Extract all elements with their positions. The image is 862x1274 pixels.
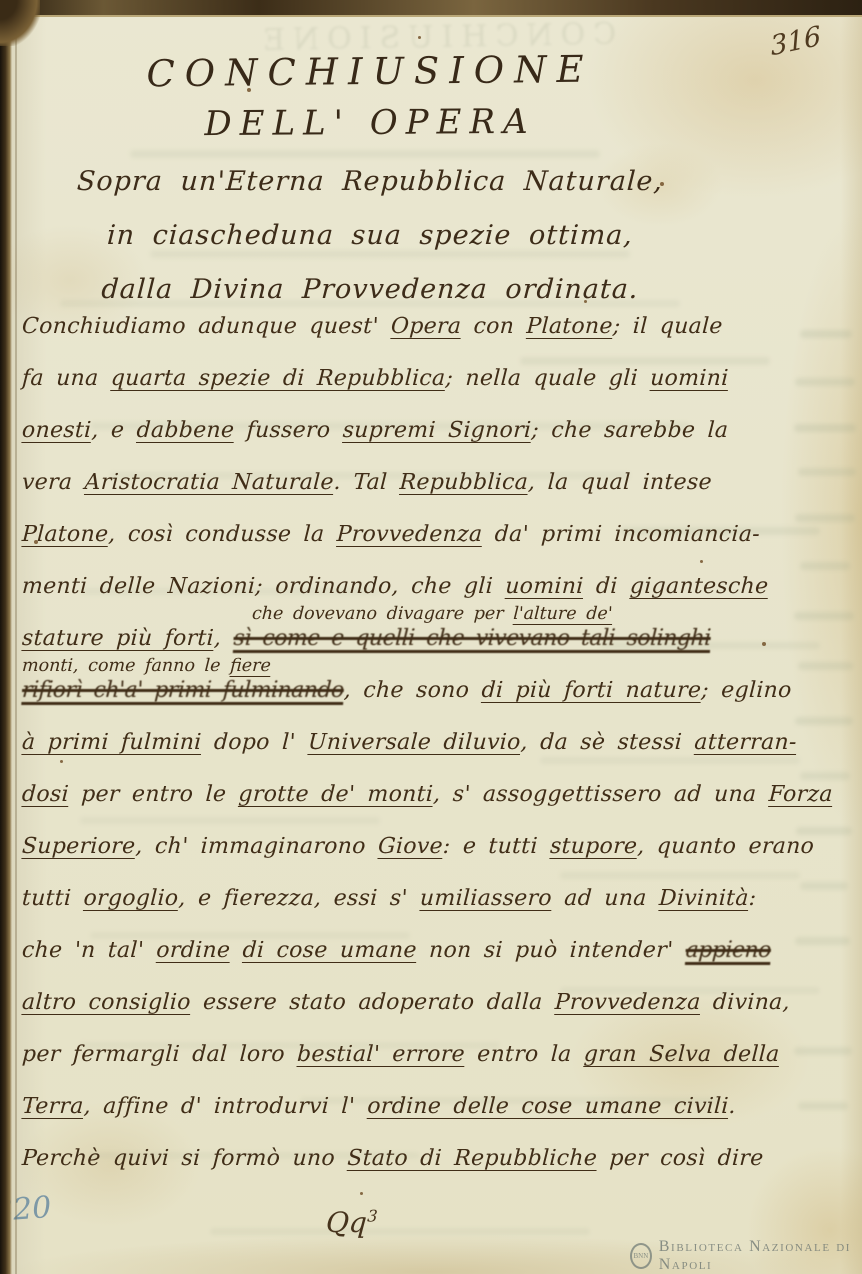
manuscript-line: monti, come fanno le fiererifiorì ch'a' … — [22, 676, 772, 728]
catchword-superscript: 3 — [367, 1207, 379, 1226]
manuscript-line-text: onesti, e dabbene fussero supremi Signor… — [21, 416, 773, 446]
plain-text: Conchiudiamo adunque quest' — [21, 314, 391, 339]
subtitle-line-1: Sopra un'Eterna Repubblica Naturale, — [59, 166, 681, 197]
underlined-text: quarta spezie di Repubblica — [110, 366, 446, 391]
plain-text: ad una — [551, 886, 659, 911]
ink-speck — [584, 300, 587, 303]
cancelled-text: sì come e quelli che vivevano tali solin… — [233, 626, 711, 651]
underlined-text: Universale diluvio — [307, 730, 521, 755]
plain-text: essere stato adoperato dalla — [190, 990, 555, 1015]
subtitle-line-2: in ciascheduna sua spezie ottima, — [59, 220, 681, 251]
cancelled-text: appieno — [685, 938, 772, 963]
underlined-text: uomini — [505, 574, 585, 599]
plain-text: , così condusse la — [108, 522, 338, 547]
plain-text: monti, come fanno le — [21, 656, 230, 676]
plain-text: , e fierezza, essi s' — [178, 886, 421, 911]
manuscript-line-text: à primi fulmini dopo l' Universale diluv… — [21, 728, 773, 758]
plain-text: , affine d' introdurvi l' — [83, 1094, 368, 1119]
underlined-text: à primi fulmini — [21, 730, 202, 755]
bleed-through-mark — [800, 330, 852, 338]
underlined-text: stature più forti — [21, 626, 214, 651]
underlined-text: uomini — [650, 366, 730, 391]
title-line-1: CONCHIUSIONE — [60, 47, 680, 96]
manuscript-line: fa una quarta spezie di Repubblica; nell… — [22, 364, 772, 416]
ink-speck — [700, 560, 703, 563]
plain-text: che 'n tal' — [21, 938, 157, 963]
plain-text: , da sè stessi — [520, 730, 695, 755]
manuscript-line: Terra, affine d' introdurvi l' ordine de… — [22, 1092, 772, 1144]
ink-speck — [660, 182, 664, 186]
plain-text: divina, — [700, 990, 791, 1015]
bleed-through-mark — [800, 882, 848, 890]
underlined-text: dabbene — [136, 418, 235, 443]
underlined-text: umiliassero — [419, 886, 552, 911]
underlined-text: fiere — [230, 656, 272, 676]
manuscript-page: CONCHIUSIONE 316 CONCHIUSIONE DELL' OPER… — [0, 0, 862, 1274]
underlined-text: Provvedenza — [554, 990, 701, 1015]
manuscript-line: dosi per entro le grotte de' monti, s' a… — [22, 780, 772, 832]
manuscript-line-text: Terra, affine d' introdurvi l' ordine de… — [21, 1092, 773, 1122]
bleed-through-mark — [798, 662, 853, 670]
plain-text: non si può intender' — [416, 938, 686, 963]
manuscript-line-text: dosi per entro le grotte de' monti, s' a… — [21, 780, 773, 810]
bleed-through-mark — [794, 424, 856, 432]
manuscript-line: à primi fulmini dopo l' Universale diluv… — [22, 728, 772, 780]
underlined-text: gigantesche — [629, 574, 769, 599]
underlined-text: supremi Signori — [342, 418, 532, 443]
plain-text: . — [728, 1094, 737, 1119]
subtitle-line-3: dalla Divina Provvedenza ordinata. — [59, 274, 681, 305]
plain-text: da' primi incomiancia- — [482, 522, 761, 547]
manuscript-line: tutti orgoglio, e fierezza, essi s' umil… — [22, 884, 772, 936]
manuscript-line: Conchiudiamo adunque quest' Opera con Pl… — [22, 312, 772, 364]
plain-text: , e — [91, 418, 138, 443]
interlinear-insertion: che dovevano divagare per l'alture de' — [251, 604, 613, 624]
plain-text: . Tal — [333, 470, 400, 495]
underlined-text: dosi — [21, 782, 69, 807]
ink-speck — [247, 88, 251, 92]
manuscript-line-text: per fermargli dal loro bestial' errore e… — [21, 1040, 773, 1070]
manuscript-line-text: tutti orgoglio, e fierezza, essi s' umil… — [21, 884, 773, 914]
folio-number: 316 — [769, 21, 823, 63]
manuscript-line: Superiore, ch' immaginarono Giove: e tut… — [22, 832, 772, 884]
ink-speck — [418, 36, 421, 39]
plain-text: entro la — [464, 1042, 584, 1067]
bleed-through-mark — [798, 468, 856, 476]
manuscript-line: che 'n tal' ordine di cose umane non si … — [22, 936, 772, 988]
plain-text: ; nella quale gli — [445, 366, 651, 391]
plain-text: : e tutti — [442, 834, 550, 859]
manuscript-line: altro consiglio essere stato adoperato d… — [22, 988, 772, 1040]
underlined-text: Opera — [390, 314, 462, 339]
plain-text: , la qual intese — [527, 470, 712, 495]
underlined-text: Repubblica — [399, 470, 529, 495]
catchword-text: Qq — [325, 1206, 368, 1239]
underlined-text: Divinità — [658, 886, 749, 911]
plain-text: , quanto erano — [637, 834, 815, 859]
manuscript-line-text: Conchiudiamo adunque quest' Opera con Pl… — [21, 312, 773, 342]
plain-text: tutti — [21, 886, 84, 911]
bleed-through-mark — [800, 562, 850, 570]
plain-text: di — [583, 574, 631, 599]
underlined-text: gran Selva della — [583, 1042, 780, 1067]
manuscript-line-text: rifiorì ch'a' primi fulminando, che sono… — [21, 676, 773, 706]
library-watermark-text: Biblioteca Nazionale di Napoli — [659, 1238, 862, 1274]
plain-text: fussero — [234, 418, 344, 443]
ink-speck — [28, 1105, 31, 1108]
bleed-through-mark — [210, 1228, 590, 1235]
underlined-text: atterran- — [694, 730, 798, 755]
underlined-text: ordine delle cose umane civili — [367, 1094, 730, 1119]
ink-speck — [60, 760, 63, 763]
manuscript-line-text: Superiore, ch' immaginarono Giove: e tut… — [21, 832, 773, 862]
page-gutter-shadow — [15, 15, 17, 1274]
book-binding-top-edge — [0, 0, 862, 17]
plain-text: per così dire — [596, 1146, 764, 1171]
underlined-text: Stato di Repubbliche — [347, 1146, 598, 1171]
bleed-through-mark — [795, 514, 855, 522]
underlined-text: stupore — [549, 834, 638, 859]
underlined-text: l'alture de' — [513, 604, 613, 624]
manuscript-line: Perchè quivi si formò uno Stato di Repub… — [22, 1144, 772, 1196]
plain-text: ; il quale — [612, 314, 723, 339]
cancelled-text: rifiorì ch'a' primi fulminando — [21, 678, 344, 703]
binding-corner-patch — [0, 0, 40, 46]
plain-text: , ch' immaginarono — [135, 834, 379, 859]
plain-text: ; eglino — [701, 678, 793, 703]
catchword: Qq3 — [325, 1206, 378, 1239]
plain-text: , che sono — [343, 678, 482, 703]
manuscript-line-text: che 'n tal' ordine di cose umane non si … — [21, 936, 773, 966]
underlined-text: bestial' errore — [296, 1042, 465, 1067]
ink-speck — [34, 540, 38, 544]
bleed-through-mark — [795, 717, 853, 725]
underlined-text: Forza — [768, 782, 833, 807]
manuscript-line: vera Aristocratia Naturale. Tal Repubbli… — [22, 468, 772, 520]
underlined-text: ordine — [156, 938, 231, 963]
underlined-text: altro consiglio — [21, 990, 191, 1015]
plain-text: , s' assoggettissero ad una — [433, 782, 770, 807]
bleed-through-mark — [794, 612, 854, 620]
bleed-through-mark — [798, 1102, 848, 1110]
manuscript-line: onesti, e dabbene fussero supremi Signor… — [22, 416, 772, 468]
underlined-text: grotte de' monti — [238, 782, 434, 807]
manuscript-line-text: Perchè quivi si formò uno Stato di Repub… — [21, 1144, 773, 1174]
plain-text: Perchè quivi si formò uno — [21, 1146, 348, 1171]
manuscript-line: per fermargli dal loro bestial' errore e… — [22, 1040, 772, 1092]
bleed-through-mark — [795, 937, 850, 945]
library-logo-icon: BNN — [630, 1243, 652, 1269]
underlined-text: Superiore — [21, 834, 136, 859]
manuscript-line: Platone, così condusse la Provvedenza da… — [22, 520, 772, 572]
plain-text: , — [213, 626, 234, 651]
plain-text: : — [748, 886, 757, 911]
plain-text: vera — [21, 470, 85, 495]
plain-text: per entro le — [68, 782, 239, 807]
manuscript-line-text: altro consiglio essere stato adoperato d… — [21, 988, 773, 1018]
underlined-text: onesti — [21, 418, 92, 443]
plain-text: dopo l' — [201, 730, 309, 755]
manuscript-line-text: vera Aristocratia Naturale. Tal Repubbli… — [21, 468, 773, 498]
plain-text: per fermargli dal loro — [21, 1042, 297, 1067]
manuscript-line-text: fa una quarta spezie di Repubblica; nell… — [21, 364, 773, 394]
underlined-text: Aristocratia Naturale — [84, 470, 334, 495]
underlined-text: orgoglio — [83, 886, 179, 911]
plain-text: che dovevano divagare per — [251, 604, 513, 624]
underlined-text: di cose umane — [242, 938, 418, 963]
title-block: CONCHIUSIONE DELL' OPERA Sopra un'Eterna… — [60, 50, 680, 305]
plain-text: fa una — [21, 366, 111, 391]
interlinear-insertion: monti, come fanno le fiere — [21, 656, 271, 676]
ink-speck — [762, 642, 766, 646]
bleed-through-mark — [795, 378, 855, 386]
bleed-through-mark — [794, 1047, 852, 1055]
plain-text: menti delle Nazioni; ordinando, che gli — [21, 574, 506, 599]
plain-text: ; che sarebbe la — [531, 418, 729, 443]
manuscript-line-text: menti delle Nazioni; ordinando, che gli … — [21, 572, 773, 602]
manuscript-line-text: stature più forti, sì come e quelli che … — [21, 624, 773, 654]
bleed-through-mark — [800, 772, 850, 780]
book-binding-left-edge — [0, 0, 12, 1274]
ink-speck — [360, 1192, 363, 1195]
underlined-text: Provvedenza — [336, 522, 483, 547]
underlined-text: di più forti nature — [481, 678, 702, 703]
underlined-text: Platone — [526, 314, 614, 339]
underlined-text: Giove — [377, 834, 443, 859]
library-watermark: BNN Biblioteca Nazionale di Napoli — [630, 1238, 862, 1274]
manuscript-line-text: Platone, così condusse la Provvedenza da… — [21, 520, 773, 550]
title-line-2: DELL' OPERA — [60, 101, 680, 145]
plain-text: con — [461, 314, 528, 339]
